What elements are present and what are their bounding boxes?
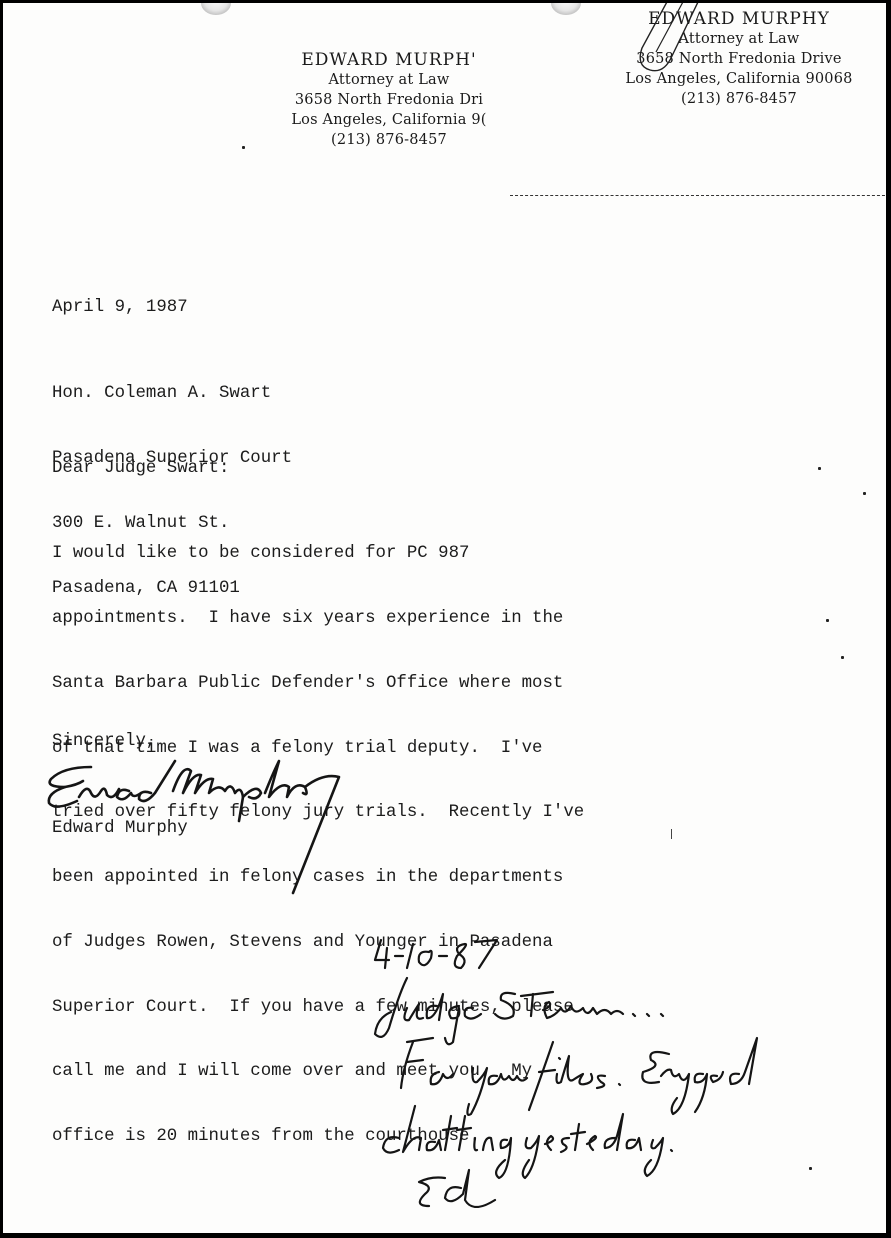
letterhead-street: 3658 North Fredonia Dri xyxy=(269,90,509,110)
letterhead-city: Los Angeles, California 9( xyxy=(269,110,509,130)
paper-speck xyxy=(826,619,829,622)
letterhead-primary: EDWARD MURPH' Attorney at Law 3658 North… xyxy=(269,50,509,150)
letterhead-phone: (213) 876-8457 xyxy=(589,89,886,109)
body-line: Santa Barbara Public Defender's Office w… xyxy=(52,673,584,695)
paper-speck xyxy=(863,492,866,495)
salutation: Dear Judge Swart: xyxy=(52,458,229,480)
body-line: appointments. I have six years experienc… xyxy=(52,608,584,630)
recipient-line: Hon. Coleman A. Swart xyxy=(52,383,292,405)
letterhead-name: EDWARD MURPH' xyxy=(269,50,509,70)
paper-speck xyxy=(841,656,844,659)
punch-hole-icon xyxy=(201,3,231,15)
punch-hole-icon xyxy=(551,3,581,15)
closing: Sincerely, xyxy=(52,731,156,753)
body-line: I would like to be considered for PC 987 xyxy=(52,543,584,565)
paper-speck xyxy=(242,146,245,149)
letterhead-phone: (213) 876-8457 xyxy=(269,130,509,150)
letter-page: EDWARD MURPH' Attorney at Law 3658 North… xyxy=(3,3,886,1233)
paper-speck xyxy=(818,467,821,470)
paperclip-icon xyxy=(628,3,708,80)
signer-name: Edward Murphy xyxy=(52,818,188,840)
fold-mark xyxy=(671,829,672,839)
handwritten-note: 4-10-87 xyxy=(373,938,873,1208)
letterhead-title: Attorney at Law xyxy=(269,70,509,90)
card-edge-divider xyxy=(510,195,886,196)
letter-date: April 9, 1987 xyxy=(52,297,188,319)
paper-speck xyxy=(809,1167,812,1170)
